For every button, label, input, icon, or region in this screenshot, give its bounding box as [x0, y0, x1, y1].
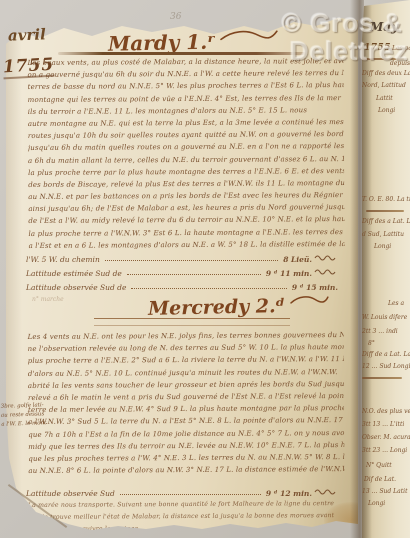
manuscript-fragment: 13 … Sud Latit — [362, 488, 407, 495]
month-label: avril — [8, 25, 46, 44]
manuscript-fragment: 8° — [368, 340, 375, 347]
manuscript-fragment — [366, 210, 404, 212]
manuscript-fragment: Diff des deux Latt. de la — [362, 70, 410, 77]
manuscript-fragment: N° Quitt — [366, 462, 392, 469]
ink-swash-icon — [219, 22, 279, 47]
manuscript-line: au N.N.E. 8° 6 L. la pointe d'alors au N… — [28, 463, 344, 477]
leader-value: 9 ᵈ 11 min. — [266, 269, 312, 278]
manuscript-fragment: May — [370, 20, 398, 34]
manuscript-fragment: Dif de Lat. — [364, 476, 396, 483]
day-heading-mardy: Mardy 1.ʳ — [108, 22, 280, 56]
ink-swash-icon — [289, 288, 329, 311]
leader-label: l'W. 5 W. du chemin — [26, 255, 100, 264]
leader-value: 8 Lieü. — [283, 255, 312, 264]
mercredy-paragraph: Les 4 vents au N.E. ont les pour les N.E… — [28, 329, 345, 477]
manuscript-fragment: Nord, Lattitud — [362, 82, 406, 89]
manuscript-photo: Mardy 1.ʳ Les beaux vents, au plus costé… — [0, 0, 410, 538]
manuscript-fragment: Les a — [388, 300, 404, 307]
manuscript-fragment: Longi — [368, 500, 385, 507]
faint-page-number: 36 — [170, 12, 181, 22]
dotted-leader — [105, 260, 278, 261]
leader-label: Lattitude observée Sud de — [26, 283, 126, 292]
dotted-leader — [120, 494, 261, 495]
book-gutter-shadow — [350, 0, 364, 538]
mardy-paragraph: Les beaux vents, au plus costé de Malaba… — [27, 55, 344, 252]
manuscript-fragment: Diff de a Lat. Latti — [362, 351, 410, 358]
mercredy-leader-line: Lattitude observée Sud9 ᵈ 12 min. — [26, 484, 338, 498]
manuscript-fragment: Diff des a Lat. Latti — [362, 218, 410, 225]
closing-note-lines: La marée nous transporte. Suivant une bo… — [28, 499, 344, 537]
manuscript-fragment: depuis — [390, 60, 410, 67]
manuscript-fragment: Obser. M. acurat — [362, 434, 410, 441]
manuscript-fragment: 3tt 13 … L'itti — [362, 421, 404, 428]
manuscript-fragment: W. Louis difere — [362, 314, 407, 321]
ink-flourish-icon — [314, 253, 338, 264]
manuscript-right-page: May1755Les padepuisDiff des deux Latt. d… — [362, 0, 410, 538]
manuscript-fragment: 12 … Sud Longi — [362, 363, 410, 370]
ink-flourish-icon — [314, 487, 338, 498]
manuscript-line: Le travaux pour suivre le partage. — [28, 523, 344, 537]
manuscript-left-page: Mardy 1.ʳ Les beaux vents, au plus costé… — [6, 10, 358, 530]
leader-row: l'W. 5 W. du chemin8 Lieü. — [26, 250, 338, 264]
leader-label: Lattitude estimée Sud de — [26, 269, 122, 278]
faint-margin-note: n° marche — [32, 296, 64, 303]
manuscript-fragment: d Sud, Lattitu — [362, 231, 404, 238]
dotted-leader — [127, 274, 261, 275]
manuscript-fragment: Lattit — [376, 95, 393, 102]
page-edge-shade — [6, 10, 22, 530]
manuscript-fragment: 1755 — [364, 43, 391, 53]
manuscript-fragment: Longi — [378, 107, 395, 114]
leader-row: Lattitude observée Sud9 ᵈ 12 min. — [26, 484, 338, 498]
manuscript-fragment: N.O. des plus ve — [362, 408, 410, 415]
margin-note-line: a l'W. E. le mont — [1, 419, 47, 430]
manuscript-fragment: T. O. E. 80. La tr — [362, 196, 410, 203]
ink-flourish-icon — [314, 267, 338, 278]
day-heading-mercredy-label: Mercredy 2.ᵈ — [148, 295, 285, 320]
leader-row: Lattitude estimée Sud de9 ᵈ 11 min. — [26, 264, 338, 278]
year-label: 1755 — [2, 55, 54, 80]
day-heading-mercredy: Mercredy 2.ᵈ — [148, 288, 330, 320]
manuscript-fragment: 3tt 23 … Longi — [362, 447, 407, 454]
leader-value: 9 ᵈ 12 min. — [266, 489, 312, 498]
manuscript-fragment: Les pa — [392, 45, 410, 52]
manuscript-fragment: Longi — [374, 243, 391, 250]
mercredy-underline — [94, 318, 290, 326]
manuscript-fragment: 2tt 3 … indi — [362, 328, 398, 335]
leader-label: Lattitude observée Sud — [26, 489, 115, 498]
manuscript-fragment — [362, 377, 402, 379]
left-margin-notes: 3bre. golfe lati-au reste dessusa l'W. E… — [1, 401, 48, 430]
mardy-leader-lines: l'W. 5 W. du chemin8 Lieü.Lattitude esti… — [26, 250, 338, 292]
